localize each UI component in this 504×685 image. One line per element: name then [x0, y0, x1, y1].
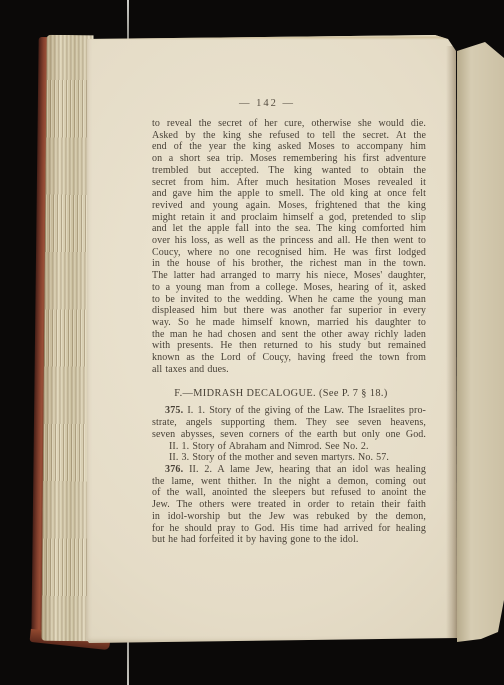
text-line: 375. I. 1. Story of the giving of the La… — [152, 405, 426, 417]
text-line: revived and young again. Moses, frighten… — [152, 200, 426, 212]
hanging-wire-top — [127, 0, 129, 40]
text-line: with presents. He then returned to his s… — [152, 340, 426, 352]
text-line: to reveal the secret of her cure, otherw… — [152, 118, 426, 130]
text-line: Coucy, where no one recognised him. He w… — [152, 247, 426, 259]
text-line: in the house of his brother, the richest… — [152, 258, 426, 270]
text-line: Asked by the king she refused to tell th… — [152, 130, 426, 142]
text-line: all taxes and dues. — [152, 364, 426, 376]
page-text: — 142 — to reveal the secret of her cure… — [152, 98, 426, 546]
text-line: in idol-worship but the Jew was rebuked … — [152, 511, 426, 523]
book-page: — 142 — to reveal the secret of her cure… — [87, 34, 457, 644]
text-line: trembled but accepted. The king wanted t… — [152, 165, 426, 177]
page-fore-edges — [41, 35, 93, 641]
text-line: to be invited to the wedding. When he ca… — [152, 294, 426, 306]
text-line: known as the Lord of Couçy, having freed… — [152, 352, 426, 364]
text-line: and let the apple fall into the sea. The… — [152, 223, 426, 235]
text-line: end of the year the king asked Moses to … — [152, 141, 426, 153]
text-line: and gave him the apple to smell. The old… — [152, 188, 426, 200]
hanging-wire-bottom — [127, 640, 129, 685]
text-line: The latter had arranged to marry his nie… — [152, 270, 426, 282]
entry-number: 375. — [165, 405, 183, 416]
text-line: to a young man from a college. Moses, he… — [152, 282, 426, 294]
text-line: displeased him but there was another far… — [152, 305, 426, 317]
text-line: of the wall, anointed the sleepers but r… — [152, 487, 426, 499]
text-line: over his loss, as well as the princess a… — [152, 235, 426, 247]
text-line: for he should pray to God. His time had … — [152, 523, 426, 535]
text-line: 376. II. 2. A lame Jew, hearing that an … — [152, 464, 426, 476]
text-line: might retain it and proclaim himself a g… — [152, 212, 426, 224]
text-line: but he had forfeited it by having gone t… — [152, 534, 426, 546]
text-line: the man he had chosen and sent the other… — [152, 329, 426, 341]
text-line: II. 1. Story of Abraham and Nimrod. See … — [152, 441, 426, 453]
text-line: on a short sea trip. Moses remembering h… — [152, 153, 426, 165]
facing-page-edge — [457, 42, 504, 642]
section-heading: F.—MIDRASH DECALOGUE. (See P. 7 § 18.) — [144, 388, 418, 400]
text-line: Jew. The others were treated in order to… — [152, 499, 426, 511]
text-line: seven abysses, seven corners of the eart… — [152, 429, 426, 441]
text-line: way. So he made himself known, married h… — [152, 317, 426, 329]
text-line: strate, angels supporting them. They see… — [152, 417, 426, 429]
text-line: the lame, went thither. In the night a d… — [152, 476, 426, 488]
entry-number: 376. — [165, 464, 183, 475]
book-photo: — 142 — to reveal the secret of her cure… — [0, 0, 504, 685]
text-line: secret from him. After much hesitation M… — [152, 177, 426, 189]
page-number: — 142 — — [130, 98, 404, 110]
text-line: II. 3. Story of the mother and seven mar… — [152, 452, 426, 464]
